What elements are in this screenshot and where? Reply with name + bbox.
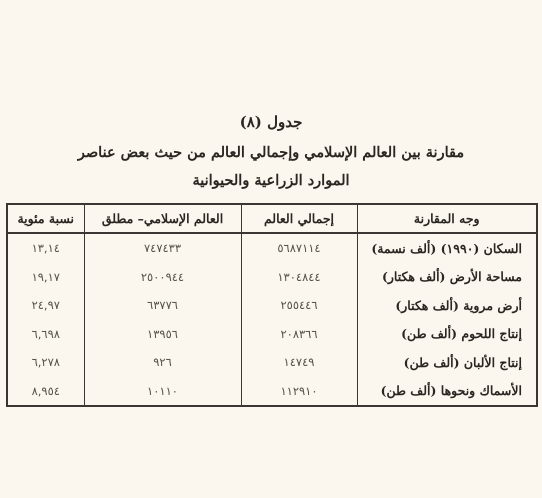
row-label: مساحة الأرض (ألف هكتار) — [357, 263, 537, 292]
row-label: إنتاج اللحوم (ألف طن) — [357, 320, 537, 349]
islamic-world-value: ٧٤٧٤٣٣ — [84, 233, 241, 263]
percentage-value: ٦,٦٩٨ — [7, 320, 84, 349]
islamic-world-value: ١٠١١٠ — [84, 377, 241, 407]
percentage-value: ٨,٩٥٤ — [7, 377, 84, 407]
table-row: إنتاج الألبان (ألف طن) ١٤٧٤٩ ٩٢٦ ٦,٢٧٨ — [7, 348, 537, 377]
percentage-value: ١٩,١٧ — [7, 263, 84, 292]
table-row: مساحة الأرض (ألف هكتار) ١٣٠٤٨٤٤ ٢٥٠٠٩٤٤ … — [7, 263, 537, 292]
row-label: السكان (١٩٩٠) (ألف نسمة) — [357, 233, 537, 263]
percentage-value: ١٣,١٤ — [7, 233, 84, 263]
table-title-line-1: مقارنة بين العالم الإسلامي وإجمالي العال… — [0, 144, 542, 161]
header-world-total: إجمالي العالم — [241, 204, 357, 233]
comparison-table-container: وجه المقارنة إجمالي العالم العالم الإسلا… — [6, 203, 536, 407]
world-total-value: ١٣٠٤٨٤٤ — [241, 263, 357, 292]
percentage-value: ٦,٢٧٨ — [7, 348, 84, 377]
table-row: السكان (١٩٩٠) (ألف نسمة) ٥٦٨٧١١٤ ٧٤٧٤٣٣ … — [7, 233, 537, 263]
header-islamic-world-absolute: العالم الإسلامي– مطلق — [84, 204, 241, 233]
table-title-line-2: الموارد الزراعية والحيوانية — [0, 172, 542, 189]
table-row: أرض مروية (ألف هكتار) ٢٥٥٤٤٦ ٦٣٧٧٦ ٢٤,٩٧ — [7, 291, 537, 320]
header-comparison-aspect: وجه المقارنة — [357, 204, 537, 233]
row-label: أرض مروية (ألف هكتار) — [357, 291, 537, 320]
table-row: إنتاج اللحوم (ألف طن) ٢٠٨٣٦٦ ١٣٩٥٦ ٦,٦٩٨ — [7, 320, 537, 349]
world-total-value: ١١٢٩١٠ — [241, 377, 357, 407]
world-total-value: ٢٥٥٤٤٦ — [241, 291, 357, 320]
row-label: إنتاج الألبان (ألف طن) — [357, 348, 537, 377]
islamic-world-value: ٦٣٧٧٦ — [84, 291, 241, 320]
islamic-world-value: ١٣٩٥٦ — [84, 320, 241, 349]
world-total-value: ٢٠٨٣٦٦ — [241, 320, 357, 349]
row-label: الأسماك ونحوها (ألف طن) — [357, 377, 537, 407]
percentage-value: ٢٤,٩٧ — [7, 291, 84, 320]
table-row: الأسماك ونحوها (ألف طن) ١١٢٩١٠ ١٠١١٠ ٨,٩… — [7, 377, 537, 407]
header-percentage: نسبة مئوية — [7, 204, 84, 233]
table-header-row: وجه المقارنة إجمالي العالم العالم الإسلا… — [7, 204, 537, 233]
islamic-world-value: ٩٢٦ — [84, 348, 241, 377]
islamic-world-value: ٢٥٠٠٩٤٤ — [84, 263, 241, 292]
comparison-table: وجه المقارنة إجمالي العالم العالم الإسلا… — [6, 203, 538, 407]
table-number-caption: جدول (٨) — [0, 113, 542, 131]
world-total-value: ١٤٧٤٩ — [241, 348, 357, 377]
world-total-value: ٥٦٨٧١١٤ — [241, 233, 357, 263]
